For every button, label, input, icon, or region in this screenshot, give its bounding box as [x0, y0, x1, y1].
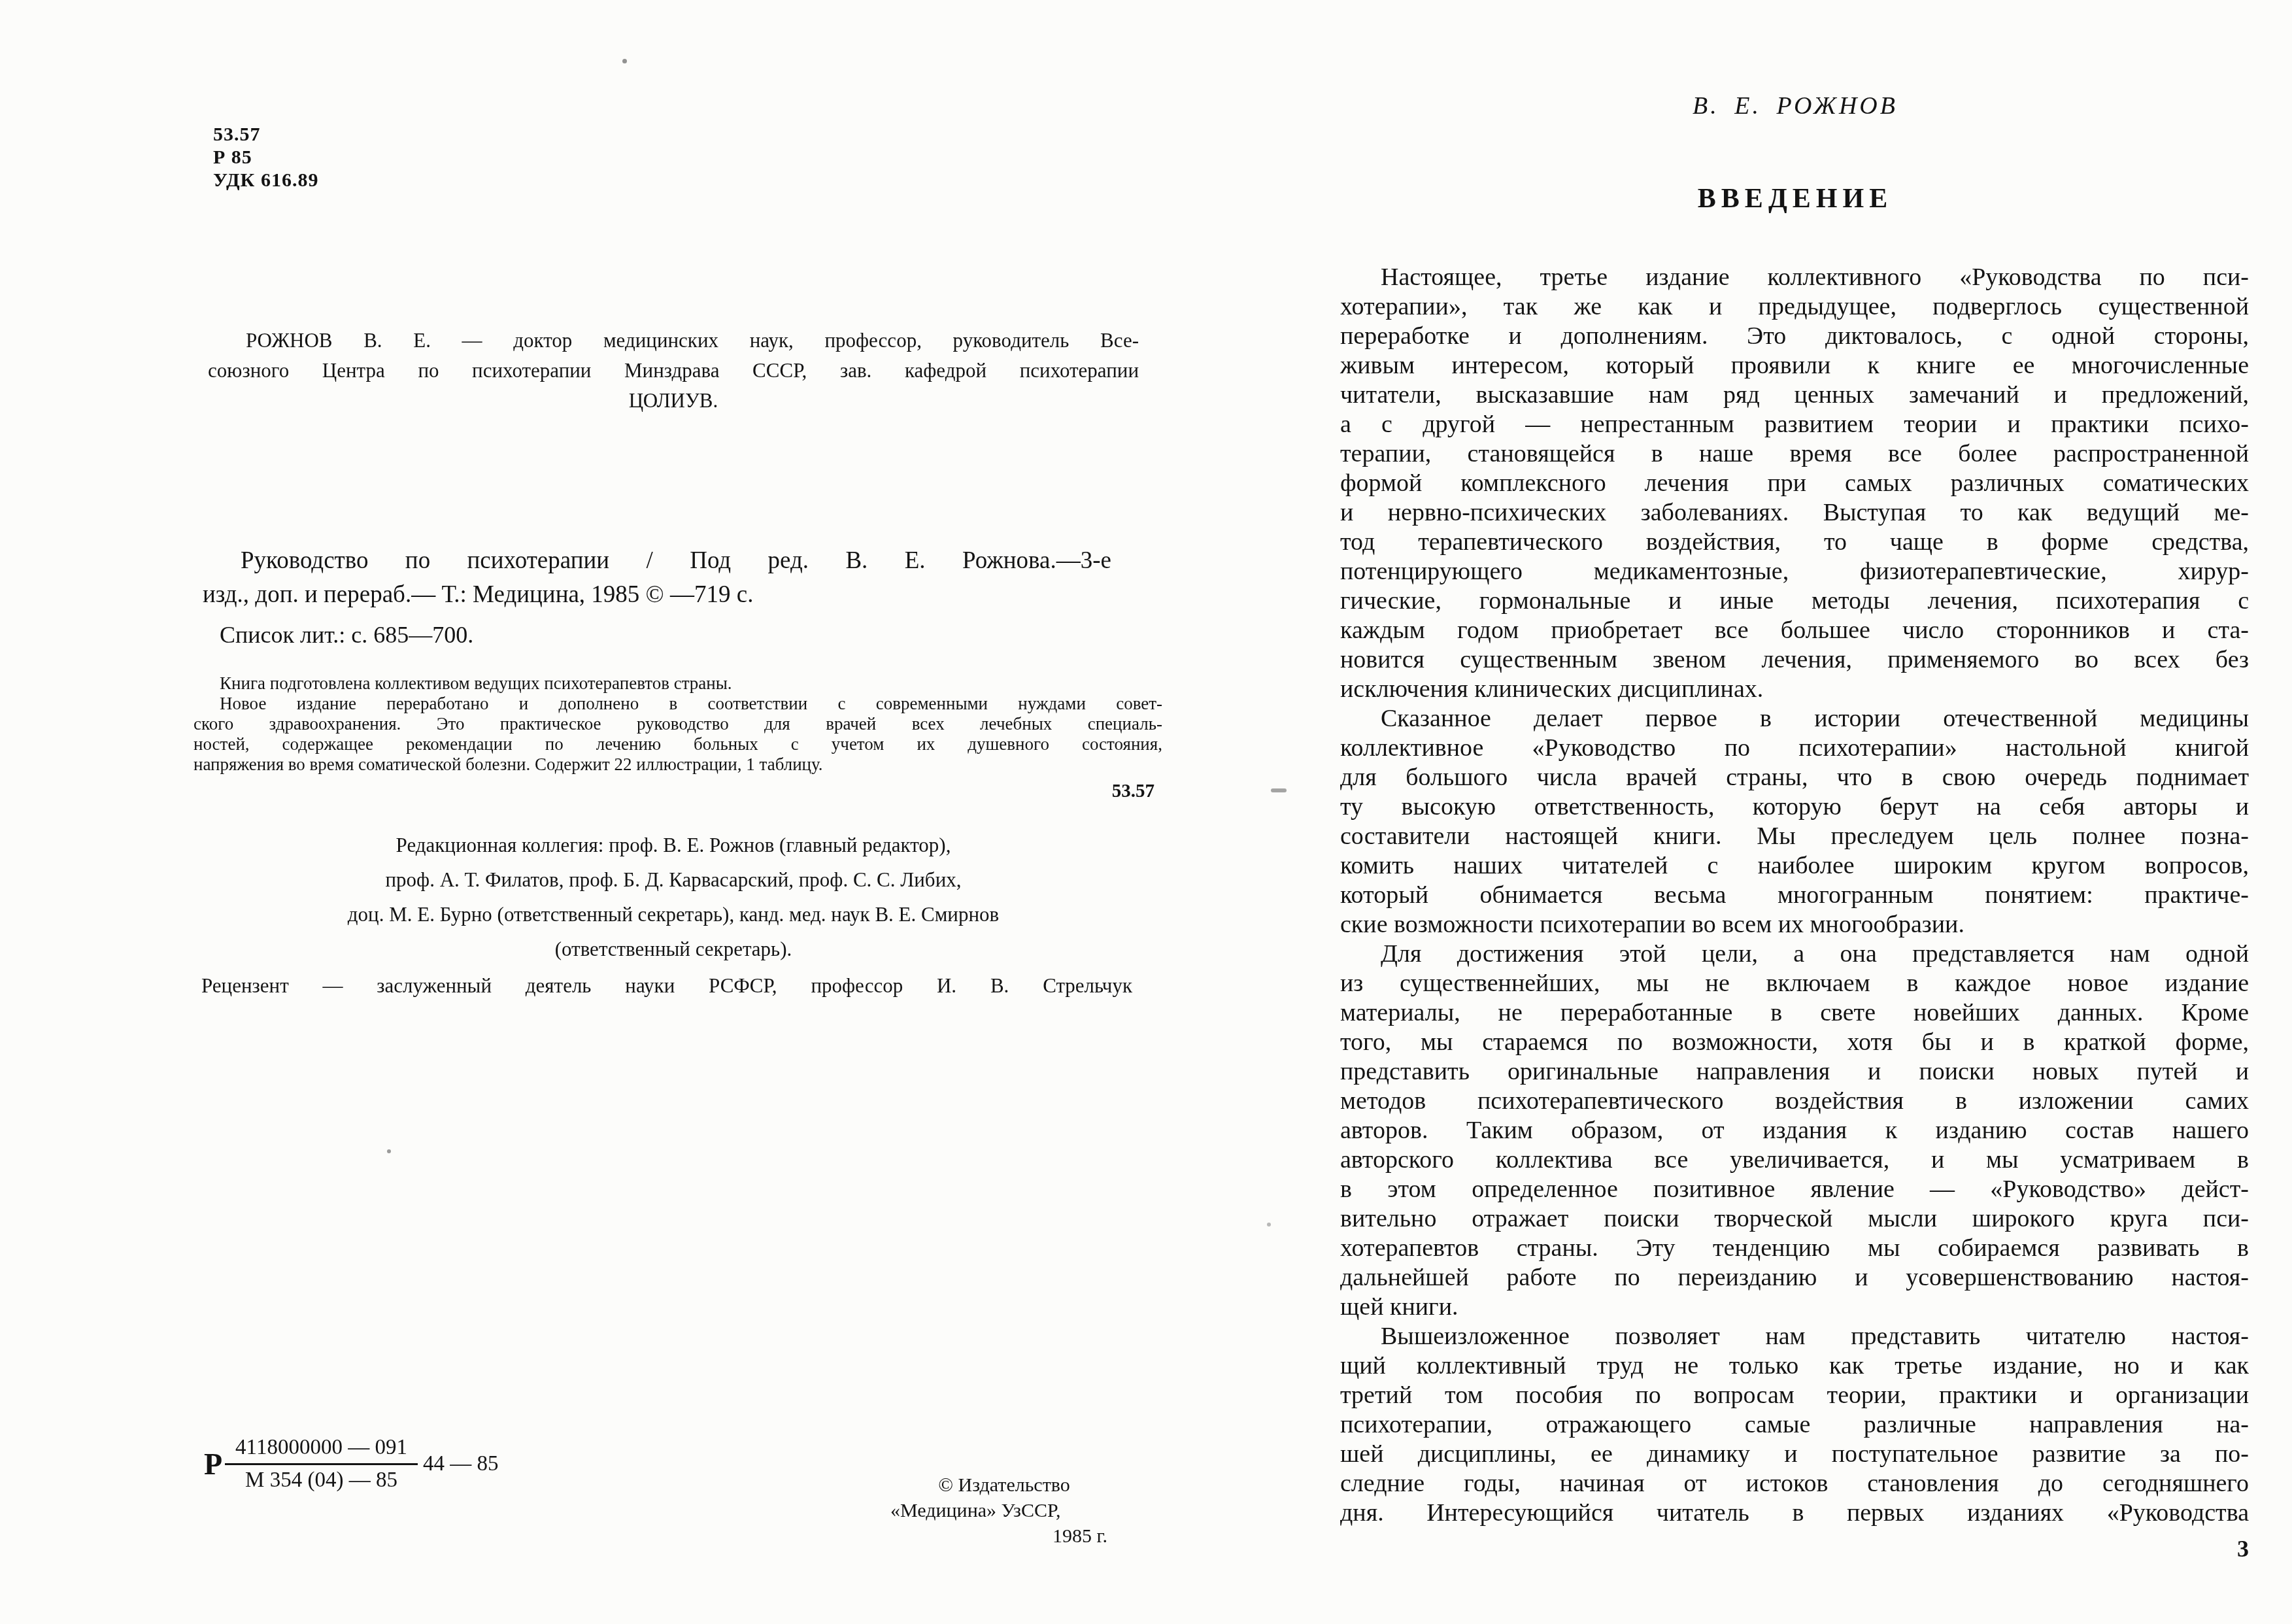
chapter-title: ВВЕДЕНИЕ: [1341, 183, 2249, 214]
text-line: комить наших читателей с наиболее широки…: [1340, 851, 2249, 881]
text-line: шей дисциплины, ее динамику и поступател…: [1340, 1440, 2249, 1469]
text-line: в этом определенное позитивное явление —…: [1340, 1175, 2249, 1204]
chapter-author: В. Е. РОЖНОВ: [1341, 92, 2249, 120]
chapter-body: Настоящее, третье издание коллективного …: [1340, 263, 2249, 1528]
text-line: хотерапии», так же как и предыдущее, под…: [1340, 292, 2249, 322]
text-line: для большого числа врачей страны, что в …: [1340, 763, 2249, 792]
text-line: вительно отражает поиски творческой мысл…: [1340, 1204, 2249, 1234]
body-paragraph: Вышеизложенное позволяет нам представить…: [1340, 1322, 2249, 1528]
text-line: Сказанное делает первое в истории отечес…: [1340, 704, 2249, 734]
text-line: терапии, становящейся в наше время все б…: [1340, 439, 2249, 469]
scan-speck: [1271, 788, 1287, 792]
text-line: авторского коллектива все увеличивается,…: [1340, 1145, 2249, 1175]
text-line: методов психотерапевтического воздействи…: [1340, 1087, 2249, 1116]
book-spread: 53.57 Р 85 УДК 616.89 РОЖНОВ В. Е. — док…: [0, 0, 2292, 1624]
text-line: представить оригинальные направления и п…: [1340, 1057, 2249, 1087]
text-line: Вышеизложенное позволяет нам представить…: [1340, 1322, 2249, 1351]
text-line: потенцирующего медикаментозные, физиотер…: [1340, 557, 2249, 586]
text-line: того, мы стараемся по возможности, хотя …: [1340, 1028, 2249, 1057]
page-number: 3: [2197, 1535, 2249, 1563]
text-line: формой комплексного лечения при самых ра…: [1340, 469, 2249, 498]
text-line: исключения клинических дисциплинах.: [1340, 675, 2249, 704]
text-line: Для достижения этой цели, а она представ…: [1340, 939, 2249, 969]
text-line: дальнейшей работе по переизданию и усове…: [1340, 1263, 2249, 1293]
text-line: коллективное «Руководство по психотерапи…: [1340, 734, 2249, 763]
text-line: следние годы, начиная от истоков становл…: [1340, 1469, 2249, 1498]
text-line: тод терапевтического воздействия, то чащ…: [1340, 528, 2249, 557]
text-line: составители настоящей книги. Мы преследу…: [1340, 822, 2249, 851]
text-line: который обнимается весьма многогранным п…: [1340, 881, 2249, 910]
text-line: щий коллективный труд не только как трет…: [1340, 1351, 2249, 1381]
scan-speck: [387, 1149, 391, 1153]
body-paragraph: Настоящее, третье издание коллективного …: [1340, 263, 2249, 704]
text-line: из существеннейших, мы не включаем в каж…: [1340, 969, 2249, 998]
text-line: переработке и дополнениям. Это диктовало…: [1340, 322, 2249, 351]
text-line: материалы, не переработанные в свете нов…: [1340, 998, 2249, 1028]
text-line: читатели, высказавшие нам ряд ценных зам…: [1340, 381, 2249, 410]
text-line: каждым годом приобретает все большее чис…: [1340, 616, 2249, 645]
text-line: живым интересом, который проявили к книг…: [1340, 351, 2249, 381]
right-page: В. Е. РОЖНОВ ВВЕДЕНИЕ Настоящее, третье …: [0, 0, 2292, 1624]
text-line: щей книги.: [1340, 1293, 2249, 1322]
text-line: психотерапии, отражающего самые различны…: [1340, 1410, 2249, 1440]
text-line: дня. Интересующийся читатель в первых из…: [1340, 1498, 2249, 1528]
body-paragraph: Для достижения этой цели, а она представ…: [1340, 939, 2249, 1322]
text-line: хотерапевтов страны. Эту тенденцию мы со…: [1340, 1234, 2249, 1263]
scan-speck: [1267, 1223, 1271, 1226]
text-line: и нервно-психических заболеваниях. Высту…: [1340, 498, 2249, 528]
text-line: третий том пособия по вопросам теории, п…: [1340, 1381, 2249, 1410]
text-line: Настоящее, третье издание коллективного …: [1340, 263, 2249, 292]
text-line: ские возможности психотерапии во всем их…: [1340, 910, 2249, 939]
text-line: ту высокую ответственность, которую беру…: [1340, 792, 2249, 822]
text-line: новится существенным звеном лечения, при…: [1340, 645, 2249, 675]
text-line: а с другой — непрестанным развитием теор…: [1340, 410, 2249, 439]
text-line: гические, гормональные и иные методы леч…: [1340, 586, 2249, 616]
scan-speck: [622, 59, 627, 63]
body-paragraph: Сказанное делает первое в истории отечес…: [1340, 704, 2249, 939]
text-line: авторов. Таким образом, от издания к изд…: [1340, 1116, 2249, 1145]
